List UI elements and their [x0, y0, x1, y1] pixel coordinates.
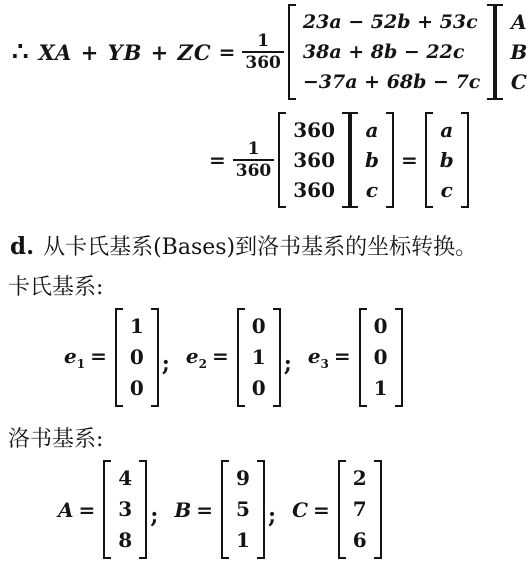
- matrix-row: A: [511, 7, 527, 37]
- matrix-row: 0: [130, 373, 144, 404]
- section-d-heading: d. 从卡氏基系(Bases)到洛书基系的坐标转换。: [10, 230, 532, 261]
- coefficient-matrix: 23a − 52b + 53c 38a + 8b − 22c −37a + 68…: [288, 4, 496, 100]
- matrix-row: 3: [118, 494, 132, 525]
- vector-subscript: 2: [199, 357, 207, 371]
- fraction-1-over-360: 1 360: [233, 139, 275, 182]
- vector-name: B=: [174, 498, 213, 522]
- vector-name: e1=: [64, 344, 107, 371]
- vector-abc: a b c: [350, 112, 394, 208]
- equals-sign: =: [401, 148, 418, 172]
- matrix-row: 360: [293, 145, 335, 175]
- luoshu-basis-row: A= 4 3 8 ; B= 9 5 1 ; C=: [58, 460, 532, 559]
- cartesian-basis-label: 卡氏基系:: [8, 270, 532, 301]
- vector-symbol: C: [292, 498, 308, 522]
- matrix-row: 6: [353, 525, 367, 556]
- result-vector-abc: a b c: [425, 112, 469, 208]
- separator-semicolon: ;: [284, 351, 292, 377]
- diagonal-360-matrix: 360 360 360: [278, 112, 350, 208]
- vector-C-matrix: 2 7 6: [338, 460, 382, 559]
- equals-sign: =: [209, 148, 226, 172]
- vector-symbol: A: [58, 498, 74, 522]
- basis-vector-e2: e2= 0 1 0 ;: [186, 308, 308, 407]
- matrix-row: c: [441, 175, 453, 205]
- vector-e2-matrix: 0 1 0: [237, 308, 281, 407]
- matrix-row: 1: [236, 525, 250, 556]
- vector-B-matrix: 9 5 1: [221, 460, 265, 559]
- matrix-row: 8: [118, 525, 132, 556]
- matrix-row: 0: [374, 342, 388, 373]
- fraction-numerator: 1: [248, 139, 260, 159]
- equation1-lhs: XA + YB + ZC: [39, 40, 212, 65]
- equals-sign: =: [313, 498, 330, 522]
- matrix-row: a: [366, 115, 379, 145]
- matrix-row: 38a + 8b − 22c: [303, 37, 465, 67]
- vector-subscript: 1: [77, 357, 85, 371]
- matrix-row: 0: [252, 311, 266, 342]
- equals-sign: =: [334, 344, 351, 368]
- matrix-row: c: [366, 175, 378, 205]
- cartesian-basis-row: e1= 1 0 0 ; e2= 0 1 0 ; e3=: [64, 308, 532, 407]
- basis-vector-e1: e1= 1 0 0 ;: [64, 308, 186, 407]
- separator-semicolon: ;: [162, 351, 170, 377]
- equals-sign: =: [196, 498, 213, 522]
- vector-name: C=: [292, 498, 330, 522]
- basis-vector-C: C= 2 7 6: [292, 460, 382, 559]
- matrix-row: 0: [130, 342, 144, 373]
- vector-symbol: e: [308, 344, 321, 368]
- matrix-row: 360: [293, 175, 335, 205]
- matrix-row: C: [511, 67, 527, 97]
- matrix-row: 360: [293, 115, 335, 145]
- vector-e3-matrix: 0 0 1: [359, 308, 403, 407]
- matrix-row: 1: [374, 373, 388, 404]
- vector-name: e3=: [308, 344, 351, 371]
- matrix-row: 1: [130, 311, 144, 342]
- matrix-row: 9: [236, 463, 250, 494]
- separator-semicolon: ;: [268, 503, 276, 529]
- equals-sign: =: [219, 40, 236, 64]
- vector-name: A=: [58, 498, 95, 522]
- matrix-row: b: [440, 145, 454, 175]
- matrix-row: 23a − 52b + 53c: [303, 7, 478, 37]
- equals-sign: =: [90, 344, 107, 368]
- matrix-row: −37a + 68b − 7c: [303, 67, 481, 97]
- equation-line-2: = 1 360 360 360 360 a b c = a b c: [202, 112, 532, 208]
- fraction-denominator: 360: [242, 51, 284, 73]
- matrix-row: b: [365, 145, 379, 175]
- vector-subscript: 3: [321, 357, 329, 371]
- matrix-row: a: [440, 115, 453, 145]
- matrix-row: B: [510, 37, 527, 67]
- matrix-row: 4: [118, 463, 132, 494]
- separator-semicolon: ;: [150, 503, 158, 529]
- basis-vector-B: B= 9 5 1 ;: [174, 460, 292, 559]
- fraction-1-over-360: 1 360: [242, 31, 284, 74]
- matrix-row: 1: [252, 342, 266, 373]
- therefore-symbol: ∴: [12, 39, 29, 65]
- matrix-row: 7: [353, 494, 367, 525]
- basis-vector-e3: e3= 0 0 1: [308, 308, 403, 407]
- matrix-row: 2: [353, 463, 367, 494]
- equals-sign: =: [79, 498, 96, 522]
- textbook-page: ∴ XA + YB + ZC = 1 360 23a − 52b + 53c 3…: [0, 0, 532, 567]
- vector-e1-matrix: 1 0 0: [115, 308, 159, 407]
- luoshu-basis-label: 洛书基系:: [8, 422, 532, 453]
- matrix-row: 0: [374, 311, 388, 342]
- vector-symbol: e: [186, 344, 199, 368]
- matrix-row: 0: [252, 373, 266, 404]
- fraction-numerator: 1: [257, 31, 269, 51]
- vector-name: e2=: [186, 344, 229, 371]
- equation-line-1: ∴ XA + YB + ZC = 1 360 23a − 52b + 53c 3…: [12, 4, 532, 100]
- vector-symbol: B: [174, 498, 191, 522]
- vector-symbol: e: [64, 344, 77, 368]
- fraction-denominator: 360: [233, 159, 275, 181]
- basis-vector-A: A= 4 3 8 ;: [58, 460, 174, 559]
- section-title: 从卡氏基系(Bases)到洛书基系的坐标转换。: [43, 230, 477, 261]
- equals-sign: =: [212, 344, 229, 368]
- vector-ABC: A B C: [495, 4, 532, 100]
- section-marker: d.: [10, 233, 34, 260]
- matrix-row: 5: [236, 494, 250, 525]
- vector-A-matrix: 4 3 8: [103, 460, 147, 559]
